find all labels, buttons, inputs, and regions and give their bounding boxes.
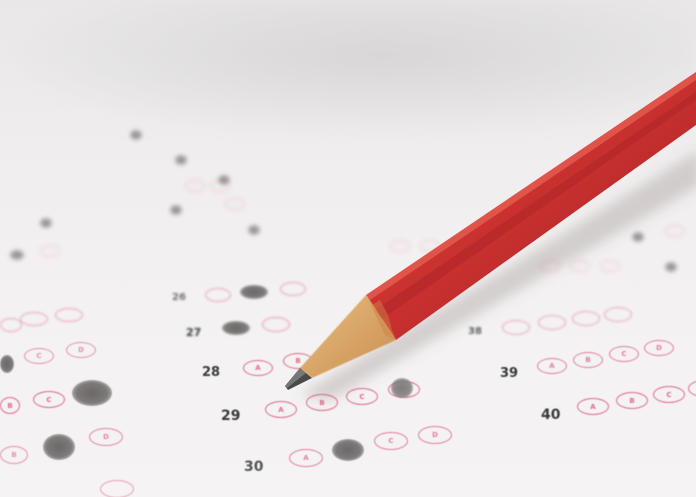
photo-scene: 26 27 38 28 A B 29 A B C 30 A C D xyxy=(0,0,696,497)
red-pencil xyxy=(0,0,696,497)
